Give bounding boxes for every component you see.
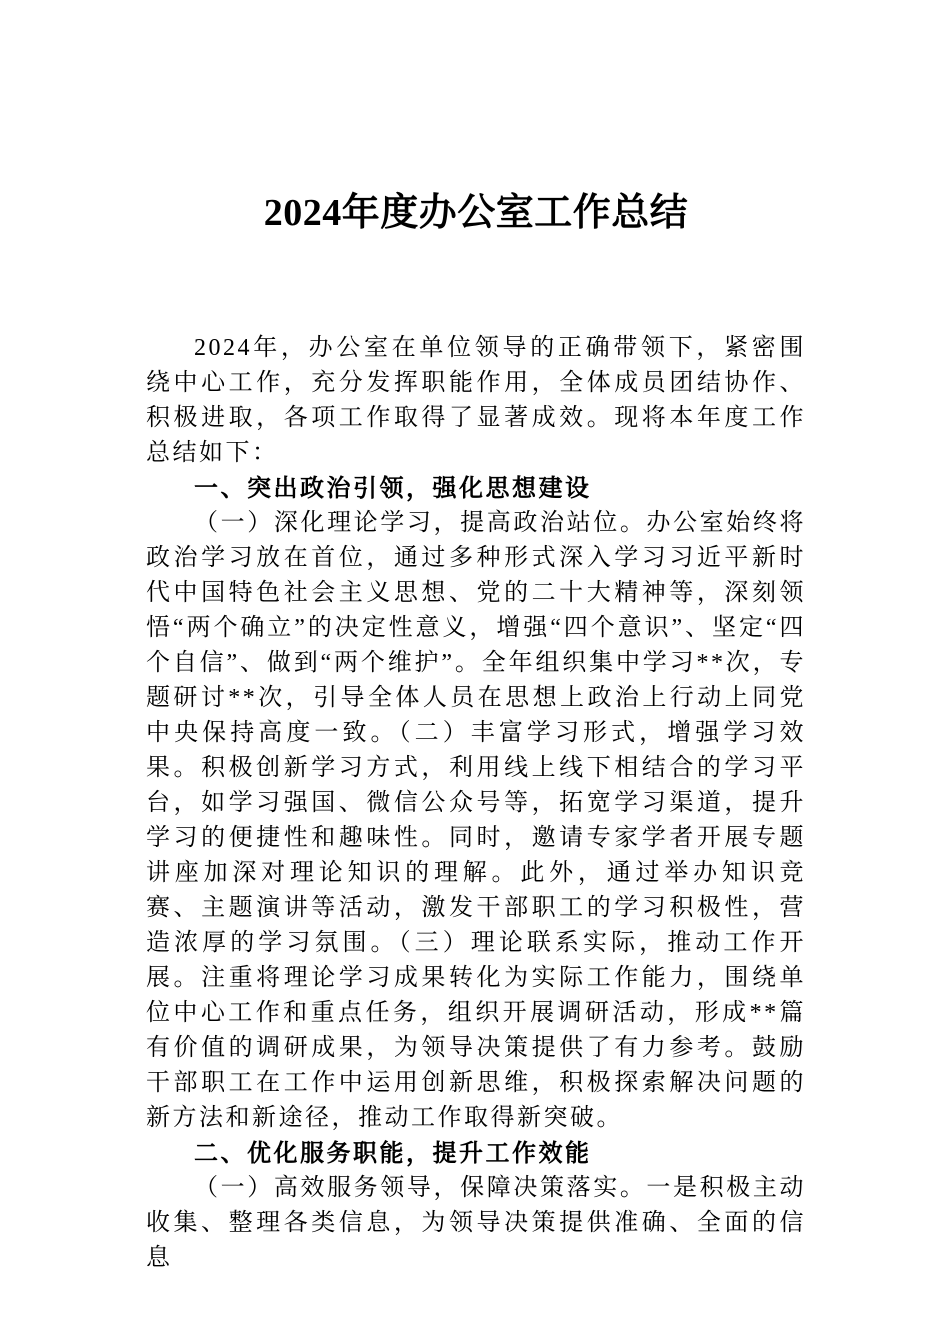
paragraph-section-1: （一）深化理论学习，提高政治站位。办公室始终将政治学习放在首位，通过多种形式深入… xyxy=(146,506,806,1136)
document-title: 2024年度办公室工作总结 xyxy=(146,190,806,236)
paragraph-section-2: （一）高效服务领导，保障决策落实。一是积极主动收集、整理各类信息，为领导决策提供… xyxy=(146,1171,806,1276)
section-heading-2: 二、优化服务职能，提升工作效能 xyxy=(146,1136,806,1171)
document-page: 2024年度办公室工作总结 2024年，办公室在单位领导的正确带领下，紧密围绕中… xyxy=(0,0,950,1344)
paragraph-intro: 2024年，办公室在单位领导的正确带领下，紧密围绕中心工作，充分发挥职能作用，全… xyxy=(146,331,806,471)
document-body: 2024年，办公室在单位领导的正确带领下，紧密围绕中心工作，充分发挥职能作用，全… xyxy=(146,331,806,1276)
section-heading-1: 一、突出政治引领，强化思想建设 xyxy=(146,471,806,506)
